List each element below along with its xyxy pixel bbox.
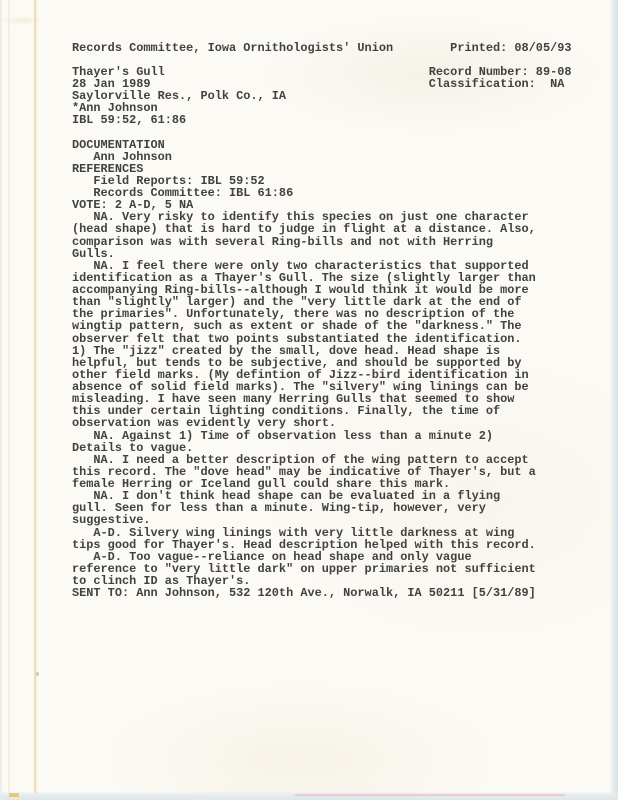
document-text: Records Committee, Iowa Ornithologists' … [72, 42, 572, 600]
scan-smudge-artifact [0, 16, 44, 25]
scanned-document-page: Records Committee, Iowa Ornithologists' … [0, 0, 618, 800]
scanner-edge-right [610, 0, 618, 800]
bottom-left-mark-artifact [9, 793, 19, 797]
paper-fold-line-artifact [34, 0, 36, 800]
paper-left-faint-line-artifact [8, 0, 10, 800]
scan-speck-artifact [36, 672, 39, 676]
scanner-bottom-pink-artifact [295, 794, 565, 796]
paper-left-edge-shadow [0, 0, 3, 800]
